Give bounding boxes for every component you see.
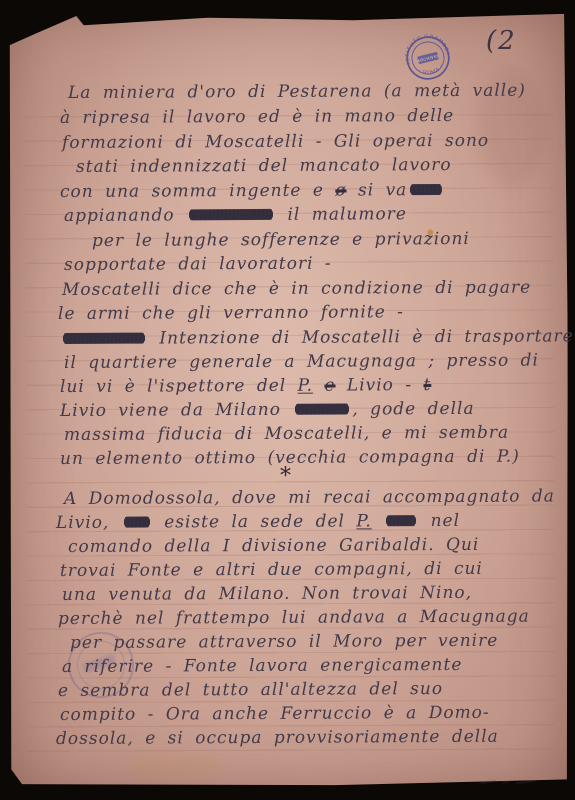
manuscript-line: stati indennizzati del mancato lavoro [76,154,452,180]
scribble-strikeout [410,185,442,194]
manuscript-line: formazioni di Moscatelli - Gli operai so… [62,130,489,156]
hand-text: Livio, [56,513,121,533]
manuscript-line: una venuta da Milano. Non trovai Nino, [62,582,472,608]
manuscript-line: le armi che gli verranno fornite - [58,301,404,327]
scribble-strikeout [189,210,273,219]
manuscript-line: lui vi è l'ispettore del P. e Livio - t [60,374,431,400]
asterisk-separator: * [280,464,292,489]
manuscript-line: per le lunghe sofferenze e privazioni [92,228,470,254]
hand-text: il quartiere generale a Macugnaga ; pres… [64,351,539,373]
underlined-text: P. [356,511,372,531]
hand-text: sopportate dai lavoratori - [64,254,332,275]
manuscript-line: sopportate dai lavoratori - [64,253,332,278]
hand-text [372,511,384,531]
hand-text: si va [347,180,408,200]
struck-text: t [423,375,431,395]
manuscript-line: a riferire - Fonte lavora energicamente [62,654,462,680]
hand-text: perchè nel frattempo lui andava a Macugn… [58,607,530,629]
hand-text: comando della I divisione Garibaldi. Qui [68,535,479,557]
manuscript-line: à ripresa il lavoro ed è in mano delle [60,105,454,131]
manuscript-line: Livio viene da Milano , gode della [60,398,475,424]
hand-text: dossola, e si occupa provvisoriamente de… [56,727,499,749]
hand-text [313,376,325,396]
manuscript-line: A Domodossola, dove mi recai accompagnat… [64,485,555,512]
manuscript-line: compito - Ora anche Ferruccio è a Domo- [60,702,490,728]
hand-text: per passare attraverso il Moro per venir… [70,631,498,653]
manuscript-line: e sembra del tutto all'altezza del suo [58,678,443,704]
hand-text: esiste la sede del [153,511,357,532]
hand-text: Livio - [335,375,423,395]
hand-text: à ripresa il lavoro ed è in mano delle [60,106,454,128]
ink-bleed-marks [480,768,542,787]
hand-text: La miniera d'oro di Pestarena (a metà va… [68,81,526,103]
underlined-text: P. [298,376,314,396]
hand-text: massima fiducia di Moscatelli, e mi semb… [64,423,509,445]
manuscript-line: Intenzione di Moscatelli è di trasportar… [60,325,574,352]
photo-background: { "page": { "page_number": "(2", "asteri… [0,0,575,800]
manuscript-line: comando della I divisione Garibaldi. Qui [68,534,479,560]
manuscript-line: con una somma ingente e ø si va [60,179,445,205]
hand-text: stati indennizzati del mancato lavoro [76,155,452,177]
scribble-strikeout [386,516,416,525]
hand-text: Moscatelli dice che è in condizione di p… [62,278,531,300]
manuscript-line: trovai Fonte e altri due compagni, di cu… [60,558,483,584]
hand-text: il malumore [276,204,407,225]
hand-text: Livio viene da Milano [60,400,292,421]
hand-text: , gode della [352,399,474,420]
manuscript-line: Moscatelli dice che è in condizione di p… [62,277,531,303]
hand-text: lui vi è l'ispettore del [60,376,298,397]
hand-text: una venuta da Milano. Non trovai Nino, [62,583,472,605]
hand-text: compito - Ora anche Ferruccio è a Domo- [60,703,490,725]
scribble-strikeout [124,518,150,527]
struck-text: e [324,376,335,396]
hand-text: formazioni di Moscatelli - Gli operai so… [62,131,489,153]
hand-text: le armi che gli verranno fornite - [58,302,404,324]
hand-text: appianando [64,205,186,226]
hand-text: con una somma ingente e [60,181,335,202]
page-number: (2 [486,26,517,56]
foxing-stain [130,756,220,776]
hand-text: per le lunghe sofferenze e privazioni [92,229,470,251]
hand-text: e sembra del tutto all'altezza del suo [58,679,443,701]
manuscript-line: Livio, esiste la sede del P. nel [56,510,460,536]
hand-text: nel [419,511,460,531]
hand-text: Intenzione di Moscatelli è di trasportar… [148,326,574,348]
manuscript-line: il quartiere generale a Macugnaga ; pres… [64,350,539,376]
scribble-strikeout [63,334,145,343]
hand-text: trovai Fonte e altri due compagni, di cu… [60,559,483,581]
manuscript-line: perchè nel frattempo lui andava a Macugn… [58,606,530,632]
scribble-strikeout [295,404,349,413]
manuscript-line: La miniera d'oro di Pestarena (a metà va… [68,80,526,106]
manuscript-line: per passare attraverso il Moro per venir… [70,630,498,656]
struck-text: ø [335,180,346,200]
hand-text: A Domodossola, dove mi recai accompagnat… [64,486,555,509]
manuscript-line: dossola, e si occupa provvisoriamente de… [56,726,499,752]
hand-text: a riferire - Fonte lavora energicamente [62,655,462,677]
manuscript-line: massima fiducia di Moscatelli, e mi semb… [64,422,509,448]
manuscript-line: appianando il malumore [64,203,407,229]
